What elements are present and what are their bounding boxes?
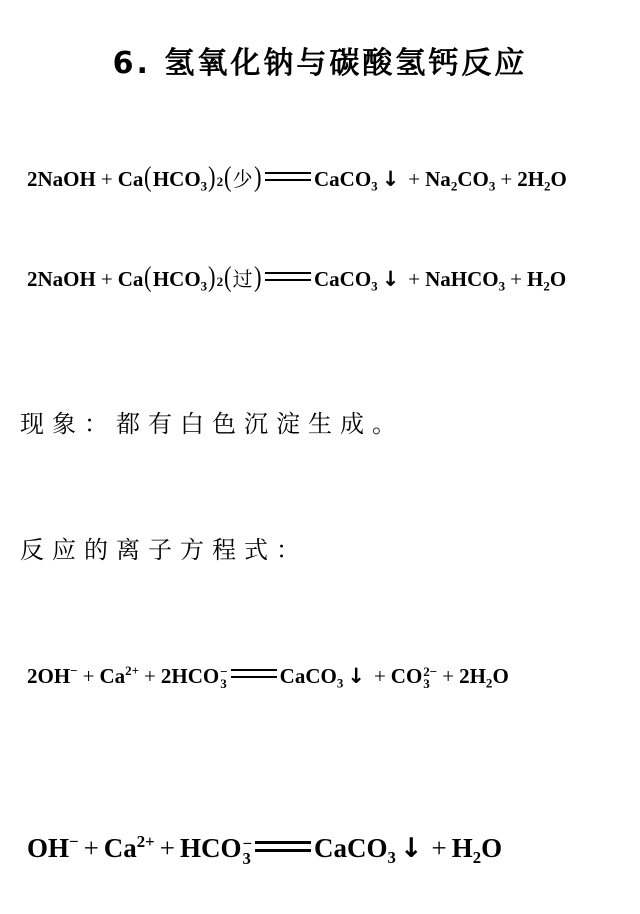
product-na2co3: Na2CO3: [425, 167, 495, 192]
equals-sign: [265, 172, 311, 181]
plus-sign: +: [500, 167, 512, 192]
product-nahco3: NaHCO3: [425, 267, 505, 292]
equals-sign: [255, 841, 311, 852]
ion-hco3: 2HCO−3: [161, 664, 228, 690]
product-caco3: CaCO3: [280, 664, 344, 689]
cond-right-paren: ): [253, 262, 261, 294]
hco-group: HCO3: [153, 267, 207, 292]
condition-label: 过: [233, 263, 253, 292]
right-paren: ): [208, 162, 216, 194]
reactant-ca: Ca: [118, 267, 144, 292]
plus-sign: +: [160, 833, 175, 864]
plus-sign: +: [374, 664, 386, 689]
left-paren: (: [144, 162, 152, 194]
precipitate-arrow-icon: ↓: [382, 167, 400, 191]
page-title: 6. 氢氧化钠与碳酸氢钙反应: [0, 38, 640, 82]
precipitate-arrow-icon: ↓: [347, 664, 365, 688]
plus-sign: +: [408, 267, 420, 292]
plus-sign: +: [408, 167, 420, 192]
plus-sign: +: [83, 664, 95, 689]
equation-naoh-limited: 2NaOH + Ca ( HCO3 ) 2 ( 少 ) CaCO3 ↓ + Na…: [27, 162, 567, 194]
ion-ca: Ca2+: [99, 664, 139, 689]
right-paren: ): [208, 262, 216, 294]
equals-sign: [265, 272, 311, 281]
equals-sign: [231, 669, 277, 678]
plus-sign: +: [510, 267, 522, 292]
equation-naoh-excess: 2NaOH + Ca ( HCO3 ) 2 ( 过 ) CaCO3 ↓ + Na…: [27, 262, 566, 294]
product-caco3: CaCO3: [314, 833, 396, 864]
plus-sign: +: [144, 664, 156, 689]
ionic-equation-heading: 反应的离子方程式：: [20, 530, 308, 565]
reactant-naoh: 2NaOH: [27, 267, 96, 292]
ionic-equation-limited: 2OH− + Ca2+ + 2HCO−3 CaCO3 ↓ + CO2−3 + 2…: [27, 664, 509, 690]
cond-left-paren: (: [224, 262, 232, 294]
precipitate-arrow-icon: ↓: [400, 833, 423, 864]
cond-right-paren: ): [253, 162, 261, 194]
phenomenon-text: 现象：都有白色沉淀生成。: [20, 404, 404, 439]
plus-sign: +: [101, 267, 113, 292]
ion-oh: 2OH−: [27, 664, 78, 689]
ion-oh: OH−: [27, 833, 79, 864]
ionic-equation-excess: OH− + Ca2+ + HCO−3 CaCO3 ↓ + H2O: [27, 833, 502, 866]
ion-hco3: HCO−3: [180, 833, 252, 866]
hco-group: HCO3: [153, 167, 207, 192]
condition-label: 少: [233, 163, 253, 192]
product-h2o: 2H2O: [517, 167, 567, 192]
plus-sign: +: [432, 833, 447, 864]
product-caco3: CaCO3: [314, 167, 378, 192]
plus-sign: +: [101, 167, 113, 192]
product-h2o: H2O: [527, 267, 566, 292]
product-h2o: 2H2O: [459, 664, 509, 689]
ion-ca: Ca2+: [104, 833, 155, 864]
cond-left-paren: (: [224, 162, 232, 194]
reactant-ca: Ca: [118, 167, 144, 192]
product-caco3: CaCO3: [314, 267, 378, 292]
product-h2o: H2O: [452, 833, 502, 864]
ion-co3: CO2−3: [391, 664, 437, 690]
left-paren: (: [144, 262, 152, 294]
precipitate-arrow-icon: ↓: [382, 267, 400, 291]
plus-sign: +: [442, 664, 454, 689]
plus-sign: +: [84, 833, 99, 864]
reactant-naoh: 2NaOH: [27, 167, 96, 192]
